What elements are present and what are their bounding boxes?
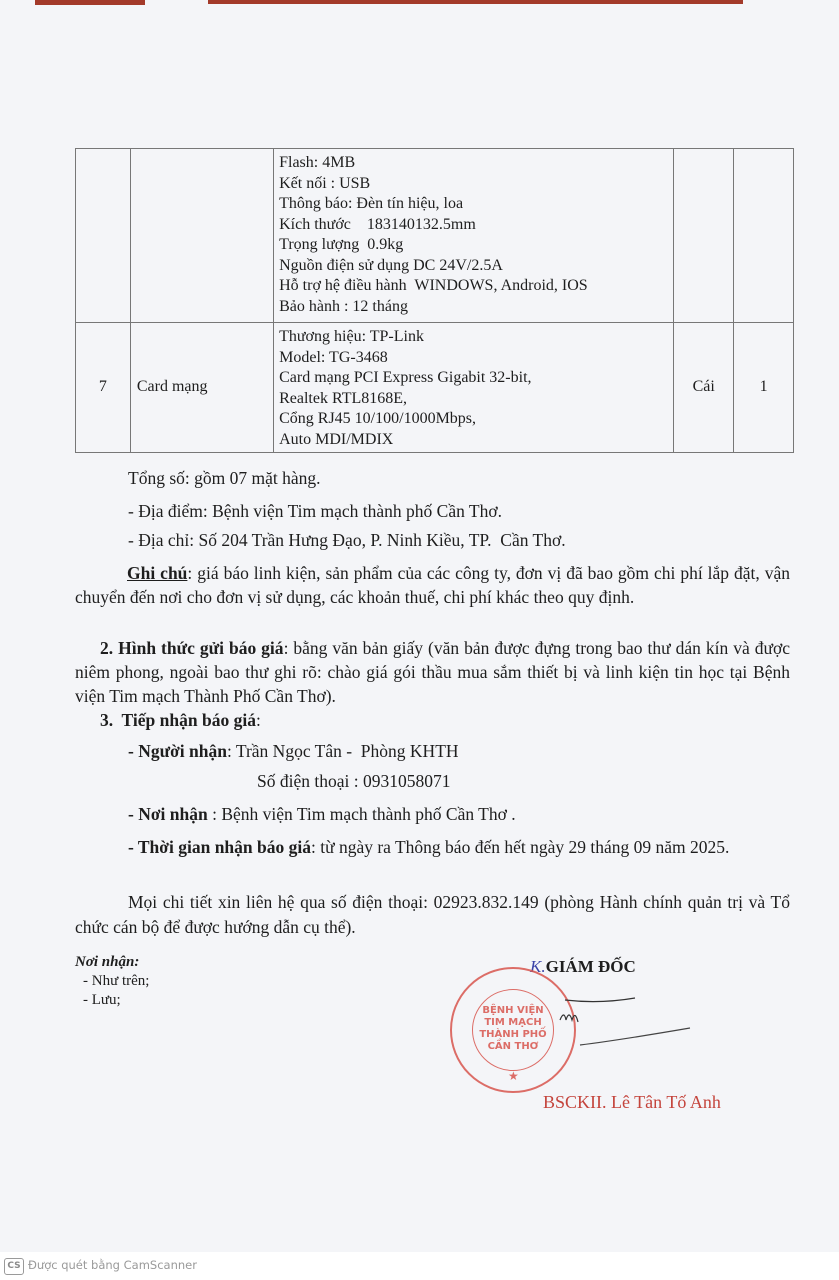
row-specs: Thương hiệu: TP-Link Model: TG-3468 Card… [274, 323, 674, 453]
contact-paragraph: Mọi chi tiết xin liên hệ qua số điện tho… [75, 890, 790, 940]
spec-line: Kích thước 183140132.5mm [279, 215, 673, 236]
recipient-text: : Trần Ngọc Tân - Phòng KHTH [227, 741, 459, 761]
place-text: : Bệnh viện Tim mạch thành phố Cần Thơ . [208, 804, 516, 824]
spec-line: Kết nối : USB [279, 174, 673, 195]
equipment-table: Flash: 4MB Kết nối : USB Thông báo: Đèn … [75, 148, 794, 453]
time-text: : từ ngày ra Thông báo đến hết ngày 29 t… [311, 837, 729, 857]
section-3-label: 3. Tiếp nhận báo giá [100, 710, 256, 730]
spec-line: Nguồn điện sử dụng DC 24V/2.5A [279, 256, 673, 277]
recipient-label: - Người nhận [128, 741, 227, 761]
section-2-label: 2. Hình thức gửi báo giá [100, 638, 284, 658]
handwritten-signature [540, 990, 700, 1070]
signer-title: K.GIÁM ĐỐC [530, 957, 636, 977]
recipient-item: - Như trên; [75, 972, 149, 991]
row-unit: Cái [674, 323, 734, 453]
top-edge-mark [35, 0, 145, 5]
recipient-line: - Người nhận: Trần Ngọc Tân - Phòng KHTH [128, 738, 459, 764]
stamp-star-icon: ★ [508, 1069, 519, 1084]
row-specs: Flash: 4MB Kết nối : USB Thông báo: Đèn … [274, 149, 674, 323]
spec-line: Flash: 4MB [279, 153, 673, 174]
total-items: Tổng số: gồm 07 mặt hàng. [128, 465, 320, 491]
spec-line: Thương hiệu: TP-Link [279, 327, 673, 348]
section-3-colon: : [256, 710, 261, 730]
signer-title-text: GIÁM ĐỐC [546, 957, 636, 976]
time-line: - Thời gian nhận báo giá: từ ngày ra Thô… [75, 833, 790, 861]
recipients-block: Nơi nhận: - Như trên; - Lưu; [75, 953, 149, 1010]
camscanner-logo-icon: CS [4, 1258, 24, 1275]
section-2: 2. Hình thức gửi báo giá: bằng văn bản g… [75, 636, 790, 708]
spec-line: Cổng RJ45 10/100/1000Mbps, [279, 409, 673, 430]
note-paragraph: Ghi chú: giá báo linh kiện, sản phẩm của… [75, 561, 790, 609]
recipients-title: Nơi nhận: [75, 953, 149, 972]
spec-line: Model: TG-3468 [279, 348, 673, 369]
row-index [76, 149, 131, 323]
signer-name: BSCKII. Lê Tân Tố Anh [543, 1092, 721, 1113]
spec-line: Hỗ trợ hệ điều hành WINDOWS, Android, IO… [279, 276, 673, 297]
row-index: 7 [76, 323, 131, 453]
spec-line: Card mạng PCI Express Gigabit 32-bit, [279, 368, 673, 389]
address-line: - Địa chỉ: Số 204 Trần Hưng Đạo, P. Ninh… [128, 527, 566, 553]
time-label: - Thời gian nhận báo giá [128, 837, 311, 857]
scanner-watermark: Được quét bằng CamScanner [28, 1258, 197, 1272]
document-page: Flash: 4MB Kết nối : USB Thông báo: Đèn … [0, 0, 839, 1252]
spec-line: Thông báo: Đèn tín hiệu, loa [279, 194, 673, 215]
note-label: Ghi chú [127, 563, 187, 583]
place-label: - Nơi nhận [128, 804, 208, 824]
top-edge-mark [208, 0, 743, 4]
row-name: Card mạng [130, 323, 273, 453]
recipient-phone: Số điện thoại : 0931058071 [257, 768, 450, 794]
row-name [130, 149, 273, 323]
location-line: - Địa điểm: Bệnh viện Tim mạch thành phố… [128, 498, 502, 524]
spec-line: Trọng lượng 0.9kg [279, 235, 673, 256]
recipient-item: - Lưu; [75, 991, 149, 1010]
scanner-footer: CS Được quét bằng CamScanner [0, 1252, 839, 1280]
place-line: - Nơi nhận : Bệnh viện Tim mạch thành ph… [128, 801, 516, 827]
spec-line: Realtek RTL8168E, [279, 389, 673, 410]
spec-line: Auto MDI/MDIX [279, 430, 673, 451]
row-unit [674, 149, 734, 323]
spec-line: Bảo hành : 12 tháng [279, 297, 673, 318]
table-row: 7 Card mạng Thương hiệu: TP-Link Model: … [76, 323, 794, 453]
row-qty [734, 149, 794, 323]
section-3-heading: 3. Tiếp nhận báo giá: [100, 707, 261, 733]
row-qty: 1 [734, 323, 794, 453]
table-row: Flash: 4MB Kết nối : USB Thông báo: Đèn … [76, 149, 794, 323]
